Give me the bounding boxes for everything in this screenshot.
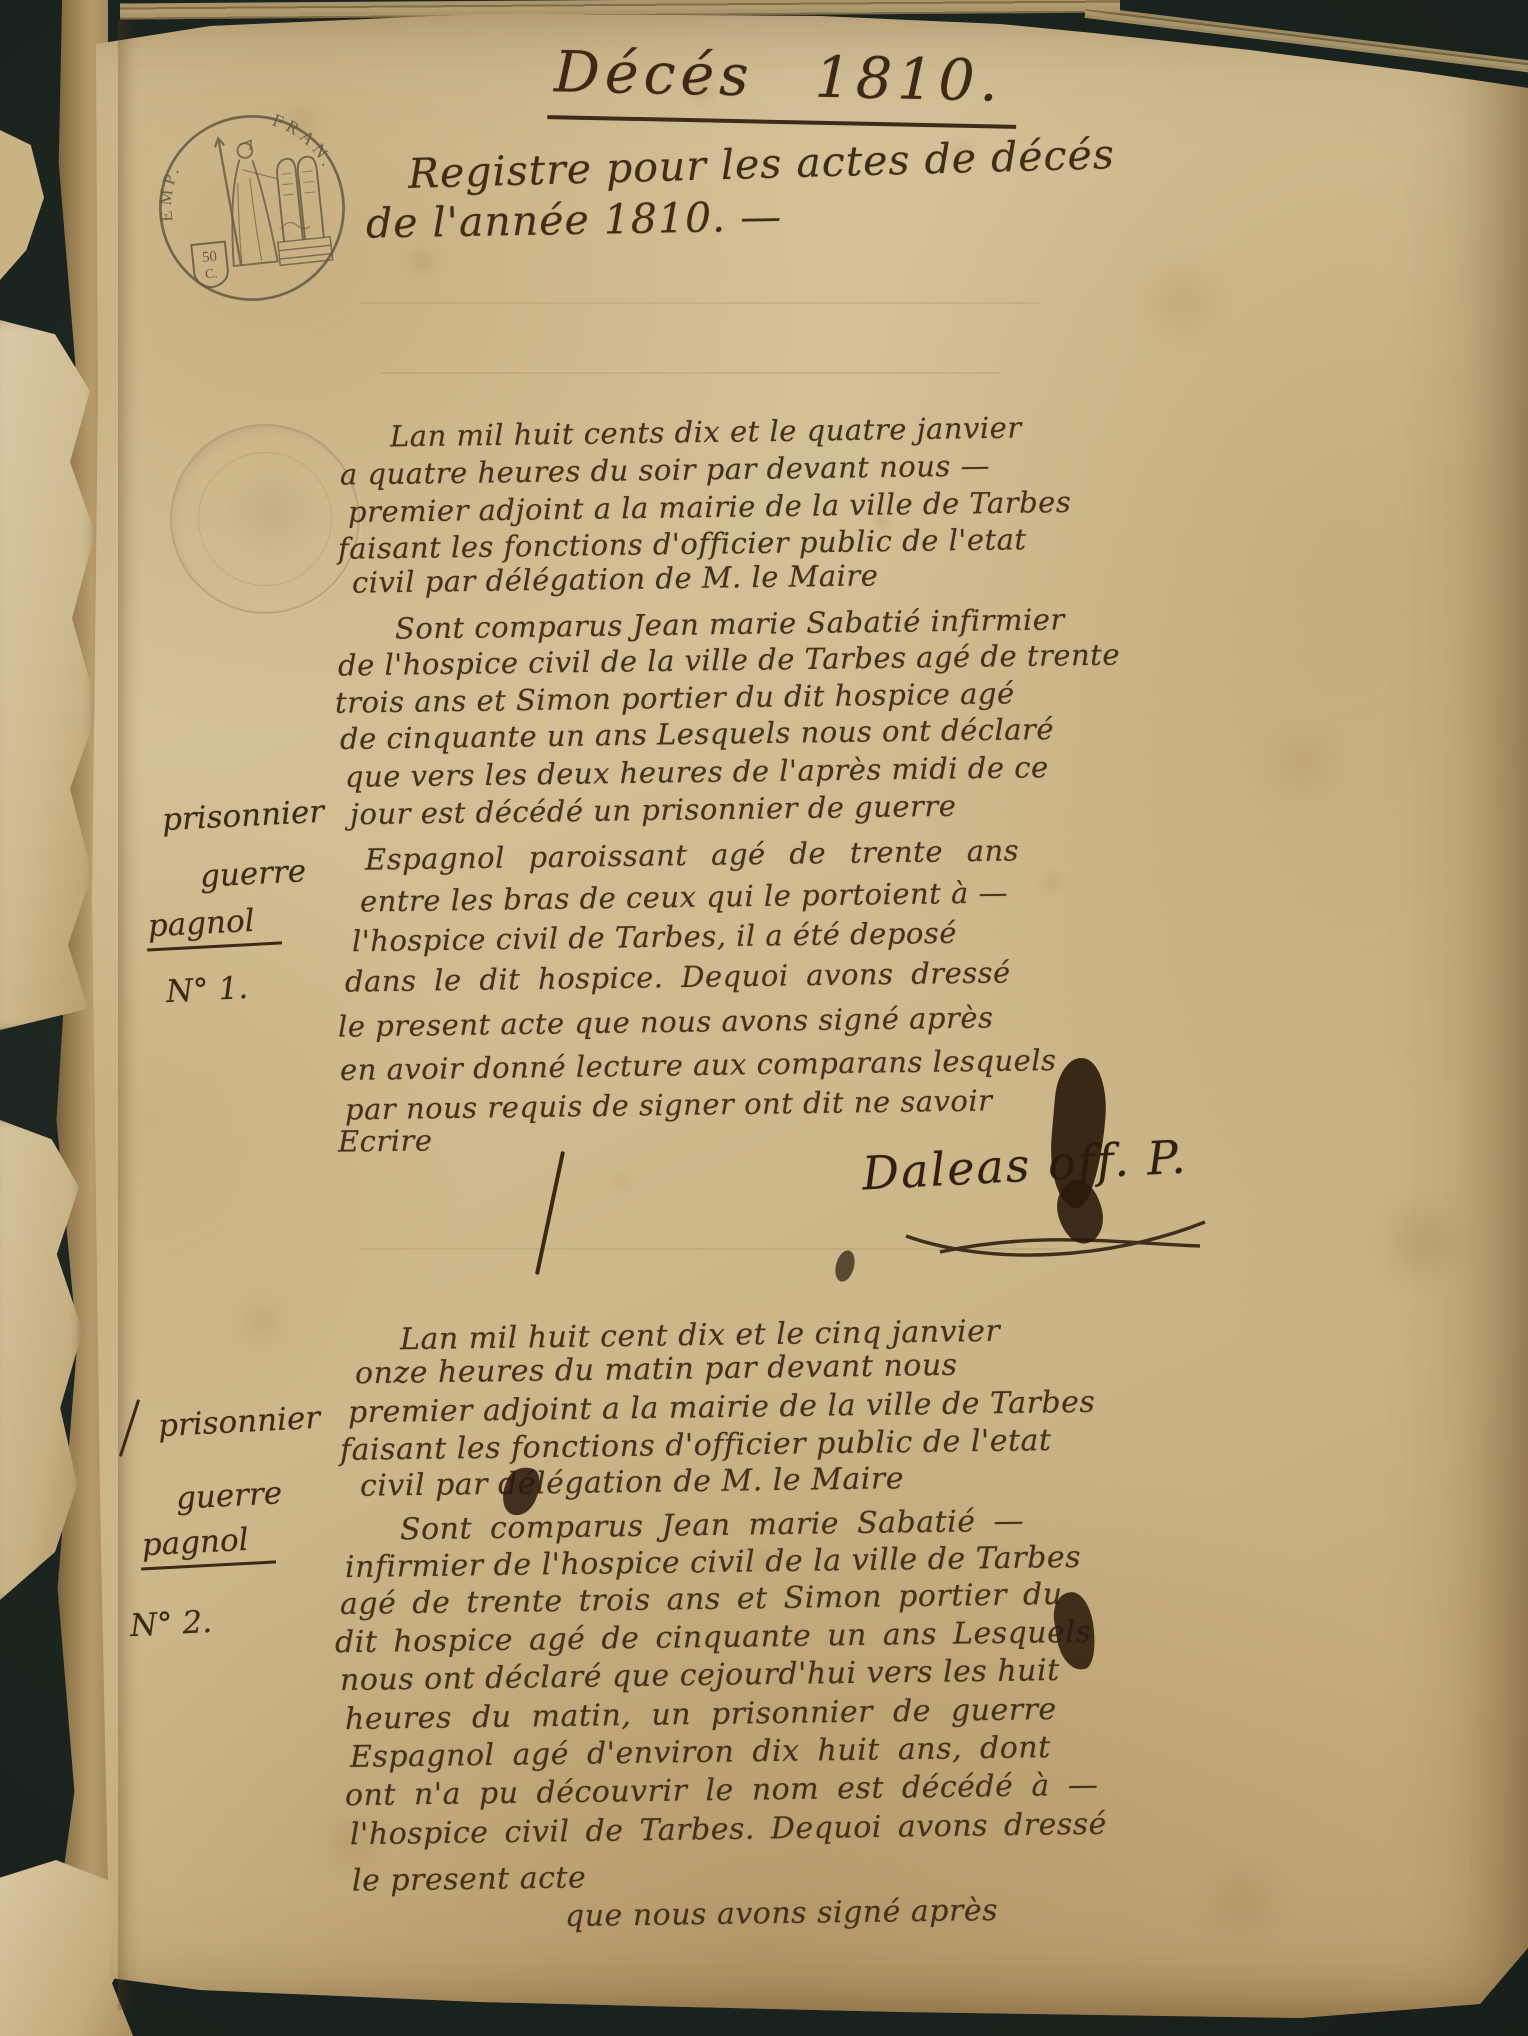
svg-text:EMP.: EMP. bbox=[150, 158, 190, 223]
register-page-photo: EMP. FRAN. 50 C. Décés 1810. Registre po… bbox=[0, 0, 1528, 2036]
stamp-fran-text: FRAN. bbox=[268, 104, 340, 178]
margin-note: guerre bbox=[199, 853, 307, 895]
embossed-seal bbox=[170, 424, 360, 614]
show-through-line bbox=[360, 302, 1040, 304]
svg-text:FRAN.: FRAN. bbox=[268, 104, 340, 178]
record2-line: le present acte bbox=[352, 1860, 587, 1898]
revenue-stamp: EMP. FRAN. 50 C. bbox=[142, 98, 362, 318]
margin-note: N° 2. bbox=[129, 1604, 213, 1644]
margin-note: pagnol bbox=[139, 1521, 276, 1571]
stamp-emp-text: EMP. bbox=[150, 158, 190, 223]
torn-paper-edge bbox=[0, 130, 44, 280]
show-through-line bbox=[380, 372, 1000, 374]
paper-stains bbox=[0, 0, 4, 4]
margin-note: pagnol bbox=[145, 902, 282, 952]
register-subtitle-line2: de l'année 1810. — bbox=[366, 192, 783, 247]
stamp-value-c: C. bbox=[204, 265, 218, 281]
stamp-value-50: 50 bbox=[201, 248, 217, 265]
record2-line: que nous avons signé après bbox=[565, 1893, 998, 1934]
fold-crease bbox=[118, 20, 140, 2010]
margin-note: guerre bbox=[175, 1475, 283, 1517]
record1-line: Ecrire bbox=[338, 1123, 433, 1158]
page-title: Décés 1810. bbox=[547, 39, 1017, 129]
margin-note: N° 1. bbox=[165, 970, 249, 1010]
